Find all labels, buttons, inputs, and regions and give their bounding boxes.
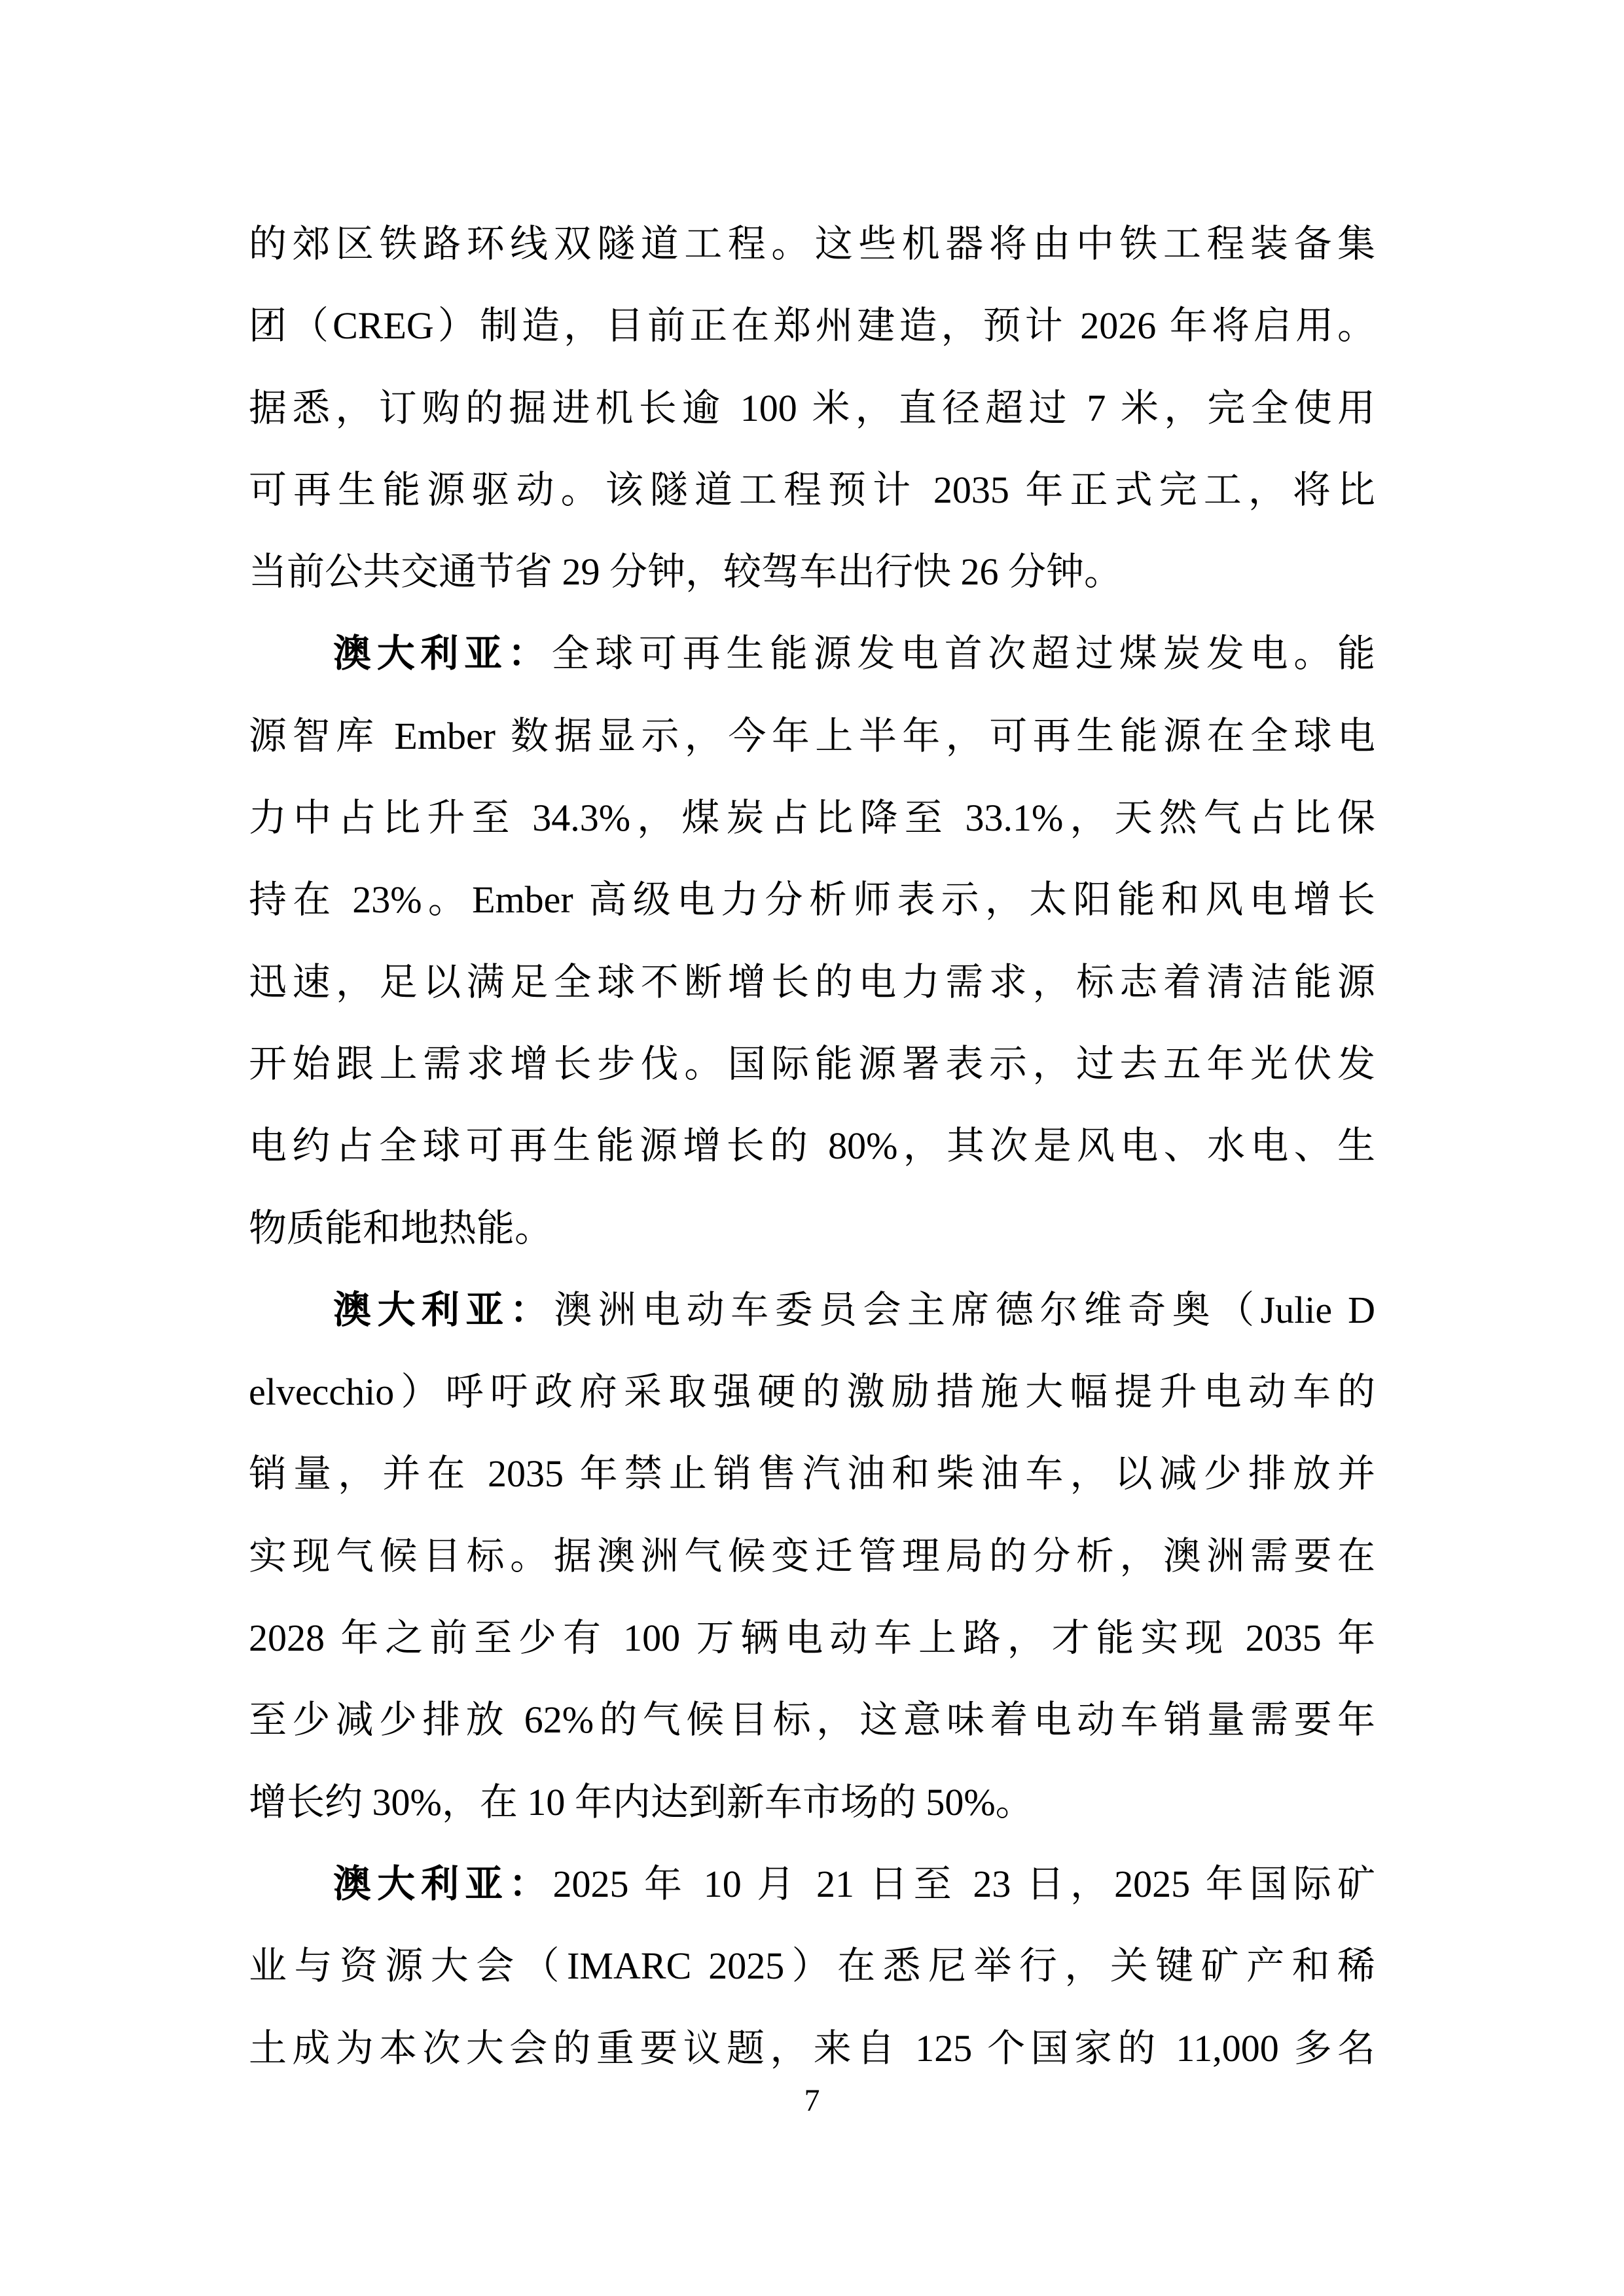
text-run: 可再生能源驱动。该隧道工程预计 2035 年正式完工，将比 [249, 469, 1375, 511]
document-page: 的郊区铁路环线双隧道工程。这些机器将由中铁工程装备集 团（CREG）制造，目前正… [0, 0, 1624, 2296]
text-run: 实现气候目标。据澳洲气候变迁管理局的分析，澳洲需要在 [249, 1535, 1375, 1577]
text-run: 开始跟上需求增长步伐。国际能源署表示，过去五年光伏发 [249, 1043, 1375, 1085]
paragraph-head-line: 澳大利亚：全球可再生能源发电首次超过煤炭发电。能 [249, 613, 1375, 694]
text-line: 当前公共交通节省 29 分钟，较驾车出行快 26 分钟。 [249, 531, 1375, 613]
text-line: 源智库 Ember 数据显示，今年上半年，可再生能源在全球电 [249, 695, 1375, 777]
text-line: 土成为本次大会的重要议题，来自 125 个国家的 11,000 多名 [249, 2007, 1375, 2089]
paragraph-continuation: 的郊区铁路环线双隧道工程。这些机器将由中铁工程装备集 团（CREG）制造，目前正… [249, 203, 1375, 613]
text-run: elvecchio）呼吁政府采取强硬的激励措施大幅提升电动车的 [249, 1371, 1375, 1413]
text-run: 至少减少排放 62%的气候目标，这意味着电动车销量需要年 [249, 1698, 1375, 1741]
text-line: 销量，并在 2035 年禁止销售汽油和柴油车，以减少排放并 [249, 1433, 1375, 1515]
text-line: 据悉，订购的掘进机长逾 100 米，直径超过 7 米，完全使用 [249, 367, 1375, 449]
text-run: 2028 年之前至少有 100 万辆电动车上路，才能实现 2035 年 [249, 1617, 1375, 1659]
text-run: 增长约 30%，在 10 年内达到新车市场的 50%。 [249, 1781, 1034, 1823]
text-run: 2025 年 10 月 21 日至 23 日，2025 年国际矿 [552, 1863, 1375, 1905]
text-line: 力中占比升至 34.3%，煤炭占比降至 33.1%，天然气占比保 [249, 777, 1375, 859]
text-line: 电约占全球可再生能源增长的 80%，其次是风电、水电、生 [249, 1105, 1375, 1187]
text-run: 据悉，订购的掘进机长逾 100 米，直径超过 7 米，完全使用 [249, 387, 1375, 429]
text-run: 的郊区铁路环线双隧道工程。这些机器将由中铁工程装备集 [249, 223, 1375, 265]
text-run: 全球可再生能源发电首次超过煤炭发电。能 [551, 632, 1375, 675]
paragraph-head-line: 澳大利亚：澳洲电动车委员会主席德尔维奇奥（Julie D [249, 1269, 1375, 1351]
text-run: 销量，并在 2035 年禁止销售汽油和柴油车，以减少排放并 [249, 1452, 1375, 1495]
text-run: 土成为本次大会的重要议题，来自 125 个国家的 11,000 多名 [249, 2027, 1375, 2070]
text-run: 源智库 Ember 数据显示，今年上半年，可再生能源在全球电 [249, 715, 1375, 757]
text-line: 业与资源大会（IMARC 2025）在悉尼举行，关键矿产和稀 [249, 1925, 1375, 2007]
text-run: 澳洲电动车委员会主席德尔维奇奥（Julie D [554, 1289, 1375, 1331]
page-number: 7 [0, 2081, 1624, 2121]
text-run: 电约占全球可再生能源增长的 80%，其次是风电、水电、生 [249, 1124, 1375, 1167]
text-line: 2028 年之前至少有 100 万辆电动车上路，才能实现 2035 年 [249, 1597, 1375, 1679]
text-line: 实现气候目标。据澳洲气候变迁管理局的分析，澳洲需要在 [249, 1515, 1375, 1597]
text-run: 力中占比升至 34.3%，煤炭占比降至 33.1%，天然气占比保 [249, 797, 1375, 839]
text-line: 团（CREG）制造，目前正在郑州建造，预计 2026 年将启用。 [249, 285, 1375, 367]
paragraph-australia-ev: 澳大利亚：澳洲电动车委员会主席德尔维奇奥（Julie D elvecchio）呼… [249, 1269, 1375, 1843]
text-run: 当前公共交通节省 29 分钟，较驾车出行快 26 分钟。 [249, 550, 1122, 593]
text-line: elvecchio）呼吁政府采取强硬的激励措施大幅提升电动车的 [249, 1351, 1375, 1433]
document-body: 的郊区铁路环线双隧道工程。这些机器将由中铁工程装备集 团（CREG）制造，目前正… [249, 203, 1375, 2089]
text-line: 迅速，足以满足全球不断增长的电力需求，标志着清洁能源 [249, 941, 1375, 1023]
text-line: 增长约 30%，在 10 年内达到新车市场的 50%。 [249, 1761, 1375, 1843]
country-label: 澳大利亚： [333, 1289, 554, 1331]
text-line: 至少减少排放 62%的气候目标，这意味着电动车销量需要年 [249, 1679, 1375, 1761]
country-label: 澳大利亚： [333, 632, 551, 675]
text-run: 物质能和地热能。 [249, 1207, 552, 1249]
text-run: 迅速，足以满足全球不断增长的电力需求，标志着清洁能源 [249, 961, 1375, 1003]
paragraph-australia-imarc: 澳大利亚：2025 年 10 月 21 日至 23 日，2025 年国际矿 业与… [249, 1843, 1375, 2089]
country-label: 澳大利亚： [333, 1863, 552, 1905]
text-line: 物质能和地热能。 [249, 1187, 1375, 1269]
text-run: 团（CREG）制造，目前正在郑州建造，预计 2026 年将启用。 [249, 304, 1375, 347]
text-run: 持在 23%。Ember 高级电力分析师表示，太阳能和风电增长 [249, 878, 1375, 921]
paragraph-head-line: 澳大利亚：2025 年 10 月 21 日至 23 日，2025 年国际矿 [249, 1843, 1375, 1925]
text-line: 的郊区铁路环线双隧道工程。这些机器将由中铁工程装备集 [249, 203, 1375, 285]
text-line: 持在 23%。Ember 高级电力分析师表示，太阳能和风电增长 [249, 859, 1375, 941]
text-run: 业与资源大会（IMARC 2025）在悉尼举行，关键矿产和稀 [249, 1945, 1375, 1987]
text-line: 开始跟上需求增长步伐。国际能源署表示，过去五年光伏发 [249, 1023, 1375, 1105]
paragraph-australia-renewables: 澳大利亚：全球可再生能源发电首次超过煤炭发电。能 源智库 Ember 数据显示，… [249, 613, 1375, 1268]
text-line: 可再生能源驱动。该隧道工程预计 2035 年正式完工，将比 [249, 449, 1375, 531]
